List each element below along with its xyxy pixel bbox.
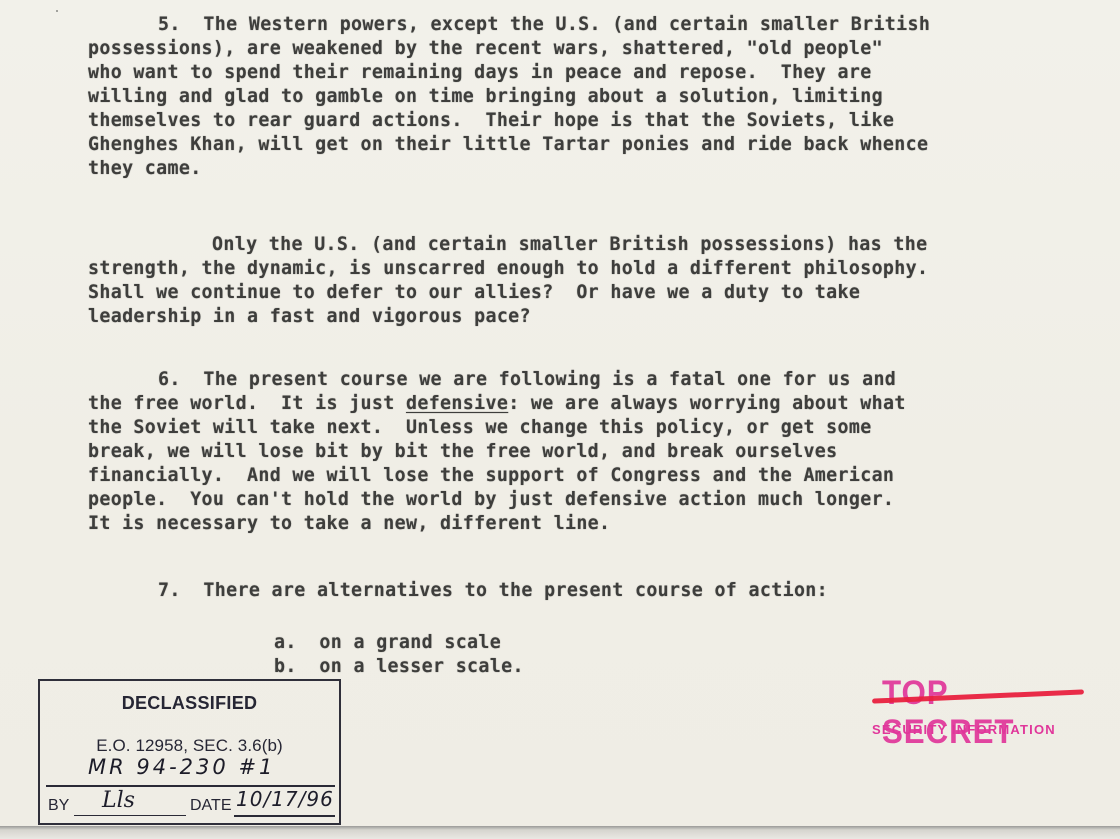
- stamp-by-underline: [74, 815, 186, 816]
- para-7-item-b: b. on a lesser scale.: [274, 656, 524, 677]
- para-5-line-5: themselves to rear guard actions. Their …: [88, 110, 894, 131]
- stamp-case-number: MR 94-230 #1: [88, 755, 275, 779]
- para-6-line-1: 6. The present course we are following i…: [158, 369, 896, 390]
- paper-speck: [56, 10, 58, 12]
- para-6-line-6: people. You can't hold the world by just…: [88, 489, 894, 510]
- para-5-line-3: who want to spend their remaining days i…: [88, 62, 872, 83]
- para-6-line-2: the free world. It is just defensive: we…: [88, 393, 906, 414]
- para-7-line-1: 7. There are alternatives to the present…: [158, 580, 828, 601]
- para-5-line-2: possessions), are weakened by the recent…: [88, 38, 883, 59]
- para-5b-line-3: Shall we continue to defer to our allies…: [88, 282, 860, 303]
- stamp-authority: E.O. 12958, SEC. 3.6(b): [40, 736, 339, 756]
- stamp-date-underline: [234, 815, 335, 817]
- para-6-line-4: break, we will lose bit by bit the free …: [88, 441, 838, 462]
- document-page: 5. The Western powers, except the U.S. (…: [0, 0, 1120, 826]
- stamp-signature: Lls: [102, 788, 135, 813]
- para-6-line-2-end: : we are always worrying about what: [508, 393, 905, 414]
- para-5b-line-1: Only the U.S. (and certain smaller Briti…: [212, 234, 927, 255]
- stamp-date-label: DATE: [190, 797, 231, 815]
- para-6-line-7: It is necessary to take a new, different…: [88, 513, 610, 534]
- para-5-line-7: they came.: [88, 158, 202, 179]
- stamp-by-label: BY: [48, 797, 69, 815]
- para-7-item-a: a. on a grand scale: [274, 632, 501, 653]
- para-6-line-2-start: the free world. It is just: [88, 393, 406, 414]
- para-5-line-4: willing and glad to gamble on time bring…: [88, 86, 883, 107]
- classification-caveat: SECURITY INFORMATION: [872, 722, 1056, 737]
- stamp-title: DECLASSIFIED: [40, 693, 339, 714]
- underlined-word-defensive: defensive: [406, 393, 508, 414]
- para-6-line-5: financially. And we will lose the suppor…: [88, 465, 894, 486]
- para-5-line-6: Ghenghes Khan, will get on their little …: [88, 134, 928, 155]
- classification-level: TOP SECRET: [882, 674, 1075, 752]
- stamp-date-value: 10/17/96: [236, 787, 334, 811]
- classification-marking: TOP SECRET SECURITY INFORMATION: [872, 674, 1092, 746]
- para-5-line-1: 5. The Western powers, except the U.S. (…: [158, 14, 930, 35]
- declassification-stamp: DECLASSIFIED E.O. 12958, SEC. 3.6(b) MR …: [38, 679, 341, 825]
- para-6-line-3: the Soviet will take next. Unless we cha…: [88, 417, 872, 438]
- page-bottom-edge: [0, 826, 1120, 839]
- para-5b-line-4: leadership in a fast and vigorous pace?: [88, 306, 531, 327]
- para-5b-line-2: strength, the dynamic, is unscarred enou…: [88, 258, 928, 279]
